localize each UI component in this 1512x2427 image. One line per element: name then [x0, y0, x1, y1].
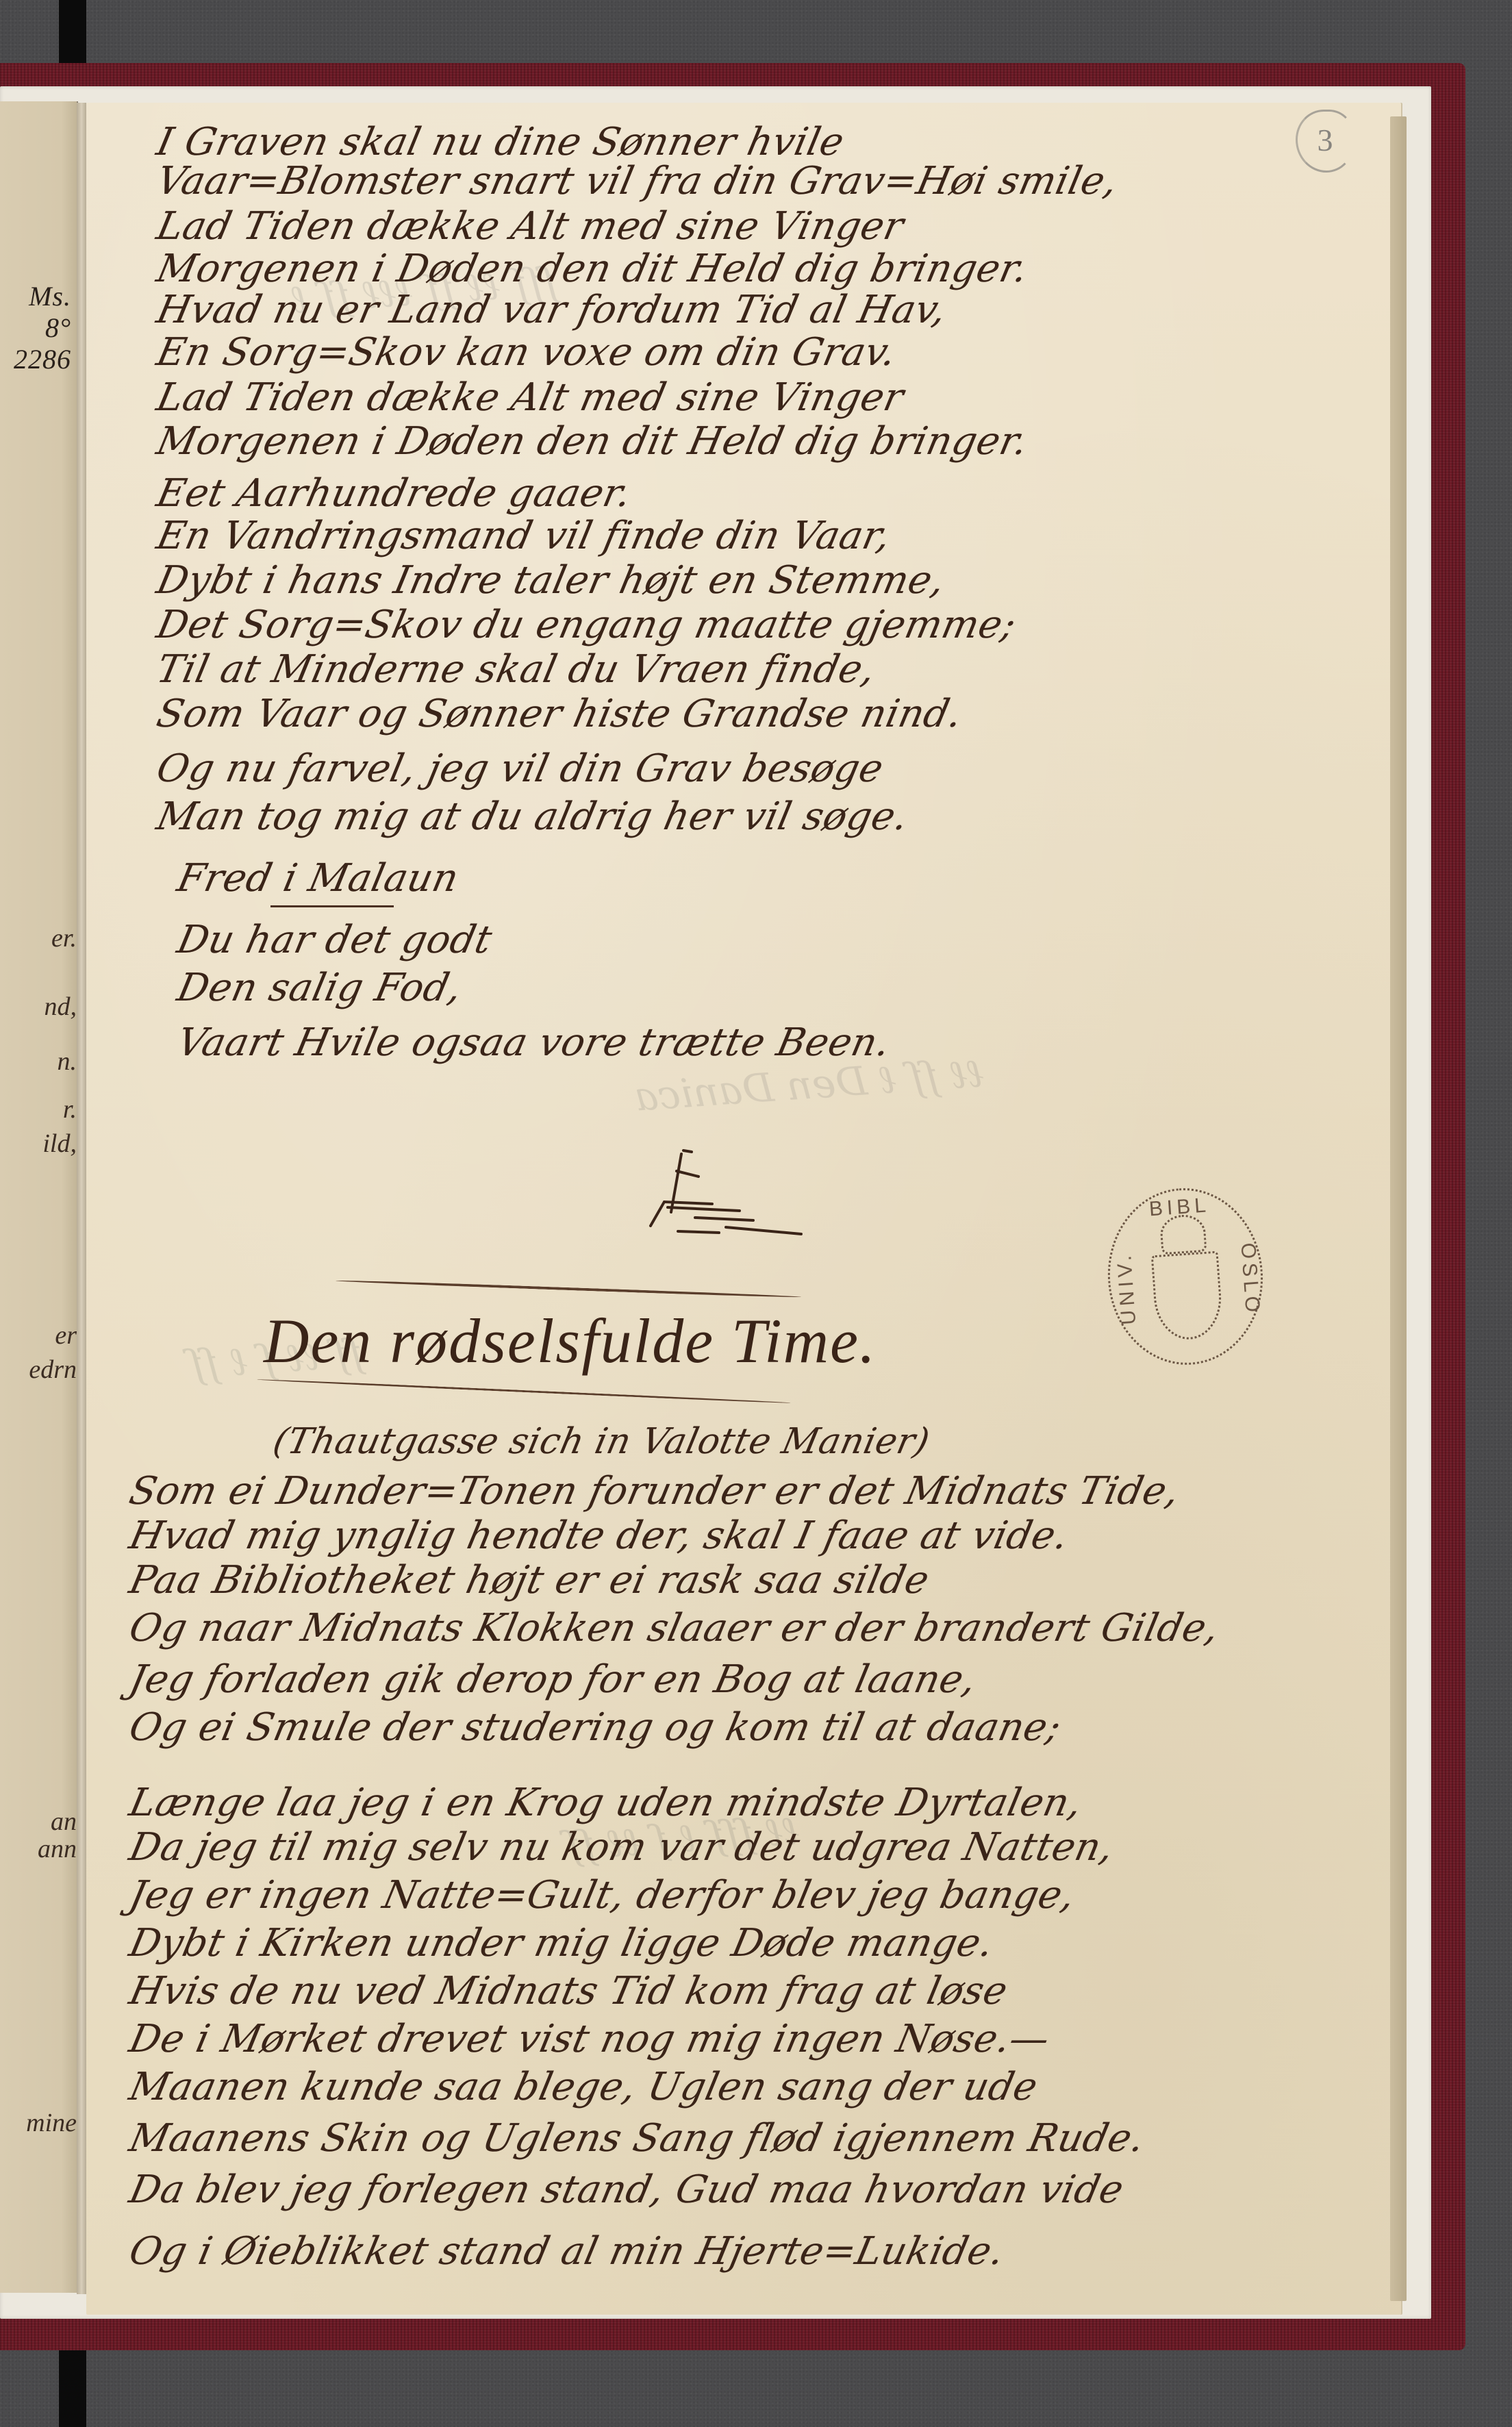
poem-line: Og naar Midnats Klokken slaaer er der br…	[125, 1606, 1223, 1650]
left-fragment: ann	[38, 1834, 77, 1864]
poem-line: Dybt i Kirken under mig ligge Døde mange…	[125, 1921, 998, 1965]
stamp-text-left: UNIV.	[1113, 1250, 1141, 1325]
poem-line: Morgenen i Døden den dit Held dig bringe…	[153, 247, 1032, 291]
left-fragment: an	[51, 1807, 77, 1837]
poem-line: Eet Aarhundrede gaaer.	[153, 471, 635, 516]
stamp-text-right: OSLO	[1236, 1242, 1264, 1317]
poem-line: Maanen kunde saa blege, Uglen sang der u…	[125, 2065, 1042, 2109]
poem-line: Lad Tiden dække Alt med sine Vinger	[153, 375, 907, 420]
poem-line: Dybt i hans Indre taler højt en Stemme,	[153, 558, 949, 603]
poem-line: Morgenen i Døden den dit Held dig bringe…	[153, 419, 1032, 464]
poem-line: Som ei Dunder=Tonen forunder er det Midn…	[125, 1469, 1183, 1513]
poem-line: Da jeg til mig selv nu kom var det udgre…	[125, 1825, 1118, 1870]
poem-line: Længe laa jeg i en Krog uden mindste Dyr…	[125, 1781, 1086, 1825]
underline-malaun	[270, 905, 394, 907]
poem-subtitle: (Thautgasse sich in Valotte Manier)	[270, 1421, 933, 1462]
poem-line: Du har det godt	[173, 918, 496, 962]
color-calibration-strap-bottom	[59, 2342, 86, 2427]
poem-line: Hvad mig ynglig hendte der, skal I faae …	[125, 1513, 1072, 1558]
left-fragment: nd,	[45, 992, 77, 1022]
facing-page-left: Ms. 8° 2286 er. nd, n. r. ild, er edrn a…	[0, 101, 78, 2293]
poem-line: Vaart Hvile ogsaa vore trætte Been.	[173, 1020, 894, 1065]
poem-line: Paa Bibliotheket højt er ei rask saa sil…	[125, 1558, 933, 1602]
poem-line: Og i Øieblikket stand al min Hjerte=Luki…	[125, 2229, 1008, 2274]
poem-line: Maanens Skin og Uglens Sang flød igjenne…	[125, 2116, 1148, 2161]
poem-line: Fred i Malaun	[173, 856, 463, 901]
poem-line: Og ei Smule der studering og kom til at …	[125, 1705, 1065, 1750]
book-gutter	[77, 103, 86, 2294]
left-fragment: ild,	[42, 1129, 77, 1159]
poem-line: Da blev jeg forlegen stand, Gud maa hvor…	[125, 2167, 1128, 2212]
poem-line: Hvad nu er Land var fordum Tid al Hav,	[153, 288, 950, 332]
poem-line: Man tog mig at du aldrig her vil søge.	[153, 794, 912, 839]
page-stack-edge	[1390, 116, 1407, 2301]
poem-line: Som Vaar og Sønner histe Grandse nind.	[153, 692, 966, 736]
poem-line: Den salig Fod,	[173, 966, 466, 1010]
poem-line: De i Mørket drevet vist nog mig ingen Nø…	[125, 2017, 1053, 2061]
poem-line: En Vandringsmand vil finde din Vaar,	[153, 514, 895, 558]
poem-line: Det Sorg=Skov du engang maatte gjemme;	[153, 603, 1020, 647]
left-fragment: mine	[26, 2108, 77, 2138]
poem-line: Hvis de nu ved Midnats Tid kom frag at l…	[125, 1969, 1011, 2013]
poem-line: I Graven skal nu dine Sønner hvile	[153, 120, 848, 164]
poem-line: Vaar=Blomster snart vil fra din Grav=Høi…	[153, 159, 1122, 203]
left-fragment: edrn	[29, 1355, 77, 1385]
poem-title: Den rødselsfulde Time.	[264, 1305, 877, 1377]
left-fragment: r.	[63, 1094, 77, 1124]
left-fragment: er	[55, 1320, 77, 1350]
shelfmark-line1: Ms. 8°	[3, 281, 71, 344]
grave-cross-sketch-icon	[630, 1137, 808, 1240]
poem-line: Jeg forladen gik derop for en Bog at laa…	[125, 1657, 980, 1702]
poem-line: En Sorg=Skov kan voxe om din Grav.	[153, 330, 900, 375]
shelfmark-line2: 2286	[3, 344, 71, 375]
shelfmark: Ms. 8° 2286	[3, 281, 71, 375]
poem-line: Jeg er ingen Natte=Gult, derfor blev jeg…	[125, 1873, 1079, 1917]
poem-line: Lad Tiden dække Alt med sine Vinger	[153, 204, 907, 249]
poem-line: Og nu farvel, jeg vil din Grav besøge	[153, 746, 887, 791]
left-fragment: er.	[51, 923, 77, 953]
folio-number: 3	[1296, 110, 1354, 173]
poem-line: Til at Minderne skal du Vraen finde,	[153, 647, 879, 692]
lion-shield-icon	[1151, 1251, 1224, 1342]
left-fragment: n.	[58, 1046, 77, 1077]
